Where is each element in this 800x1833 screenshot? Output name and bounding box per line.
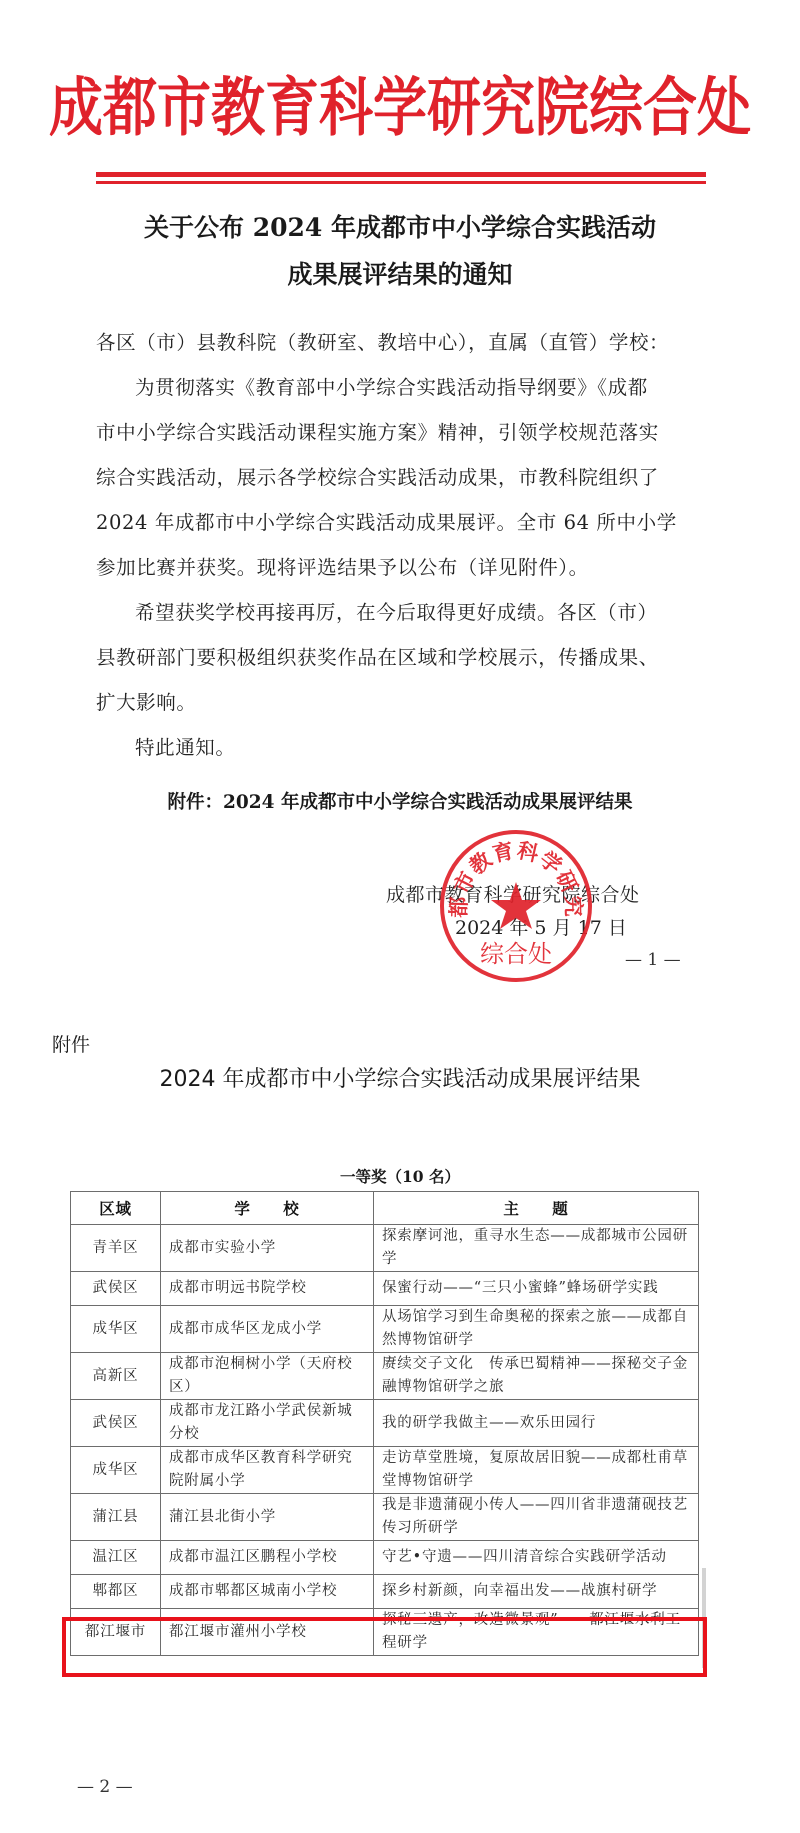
cell-region: 青羊区	[71, 1225, 161, 1272]
table-row: 蒲江县 蒲江县北街小学 我是非遗蒲砚小传人——四川省非遗蒲砚技艺传习所研学	[71, 1494, 699, 1541]
paragraph-2-line: 扩大影响。	[96, 680, 708, 725]
cell-region: 温江区	[71, 1541, 161, 1575]
cell-theme: 守艺•守遗——四川清音综合实践研学活动	[374, 1541, 699, 1575]
table-row: 武侯区 成都市明远书院学校 保蜜行动——“三只小蜜蜂”蜂场研学实践	[71, 1272, 699, 1306]
cell-theme: 从场馆学习到生命奥秘的探索之旅——成都自然博物馆研学	[374, 1306, 699, 1353]
official-seal-icon: 成都市教育科学研究院 综合处	[436, 826, 596, 986]
cell-region: 都江堰市	[71, 1609, 161, 1656]
cell-school: 蒲江县北街小学	[161, 1494, 374, 1541]
cell-school: 成都市明远书院学校	[161, 1272, 374, 1306]
paragraph-2-line: 希望获奖学校再接再厉，在今后取得更好成绩。各区（市）	[96, 590, 708, 635]
header-school: 学 校	[161, 1192, 374, 1225]
header-region: 区域	[71, 1192, 161, 1225]
cell-school: 成都市成华区教育科学研究院附属小学	[161, 1447, 374, 1494]
table-row: 武侯区 成都市龙江路小学武侯新城分校 我的研学我做主——欢乐田园行	[71, 1400, 699, 1447]
table-row: 青羊区 成都市实验小学 探索摩诃池，重寻水生态——成都城市公园研学	[71, 1225, 699, 1272]
cell-region: 高新区	[71, 1353, 161, 1400]
paragraph-2-line: 县教研部门要积极组织获奖作品在区域和学校展示，传播成果、	[96, 635, 708, 680]
table-header-row: 区域 学 校 主 题	[71, 1192, 699, 1225]
attachment-title: 2024 年成都市中小学综合实践活动成果展评结果	[0, 1062, 800, 1093]
cell-school: 成都市泡桐树小学（天府校区）	[161, 1353, 374, 1400]
paragraph-1-line: 市中小学综合实践活动课程实施方案》精神，引领学校规范落实	[96, 410, 708, 455]
paragraph-1-line: 为贯彻落实《教育部中小学综合实践活动指导纲要》《成都	[96, 365, 708, 410]
notice-title-line-1: 关于公布 2024 年成都市中小学综合实践活动	[0, 213, 800, 243]
table-row: 郫都区 成都市郫都区城南小学校 探乡村新颜，向幸福出发——战旗村研学	[71, 1575, 699, 1609]
letterhead-rule-thick	[96, 172, 706, 177]
cell-school: 都江堰市灌州小学校	[161, 1609, 374, 1656]
page-number-2: — 2 —	[77, 1777, 133, 1797]
letterhead-rule-thin	[96, 181, 706, 184]
table-row-highlighted: 都江堰市 都江堰市灌州小学校 探秘三遗产，改造微景观”——都江堰水利工程研学	[71, 1609, 699, 1656]
award-results-table: 区域 学 校 主 题 青羊区 成都市实验小学 探索摩诃池，重寻水生态——成都城市…	[70, 1191, 699, 1656]
paragraph-1-line: 2024 年成都市中小学综合实践活动成果展评。全市 64 所中小学	[96, 500, 708, 545]
cell-region: 成华区	[71, 1306, 161, 1353]
table-row: 温江区 成都市温江区鹏程小学校 守艺•守遗——四川清音综合实践研学活动	[71, 1541, 699, 1575]
salutation: 各区（市）县教科院（教研室、教培中心），直属（直管）学校：	[96, 320, 708, 365]
cell-region: 成华区	[71, 1447, 161, 1494]
cell-region: 郫都区	[71, 1575, 161, 1609]
cell-theme: 赓续交子文化 传承巴蜀精神——探秘交子金融博物馆研学之旅	[374, 1353, 699, 1400]
letterhead-title: 成都市教育科学研究院综合处	[0, 68, 800, 146]
notice-body: 各区（市）县教科院（教研室、教培中心），直属（直管）学校： 为贯彻落实《教育部中…	[96, 320, 708, 770]
cell-region: 武侯区	[71, 1400, 161, 1447]
scroll-shadow	[702, 1568, 706, 1668]
table-row: 成华区 成都市成华区教育科学研究院附属小学 走访草堂胜境，复原故居旧貌——成都杜…	[71, 1447, 699, 1494]
cell-school: 成都市郫都区城南小学校	[161, 1575, 374, 1609]
notice-title-line-2: 成果展评结果的通知	[0, 260, 800, 290]
attachment-label: 附件	[52, 1030, 90, 1057]
cell-theme: 探乡村新颜，向幸福出发——战旗村研学	[374, 1575, 699, 1609]
cell-theme: 我是非遗蒲砚小传人——四川省非遗蒲砚技艺传习所研学	[374, 1494, 699, 1541]
cell-theme: 保蜜行动——“三只小蜜蜂”蜂场研学实践	[374, 1272, 699, 1306]
paragraph-1-line: 综合实践活动，展示各学校综合实践活动成果，市教科院组织了	[96, 455, 708, 500]
cell-theme: 走访草堂胜境，复原故居旧貌——成都杜甫草堂博物馆研学	[374, 1447, 699, 1494]
cell-region: 蒲江县	[71, 1494, 161, 1541]
cell-region: 武侯区	[71, 1272, 161, 1306]
cell-school: 成都市温江区鹏程小学校	[161, 1541, 374, 1575]
paragraph-1-line: 参加比赛并获奖。现将评选结果予以公布（详见附件）。	[96, 545, 708, 590]
page-number-1: — 1 —	[625, 950, 681, 970]
cell-school: 成都市成华区龙成小学	[161, 1306, 374, 1353]
cell-theme: 我的研学我做主——欢乐田园行	[374, 1400, 699, 1447]
cell-school: 成都市龙江路小学武侯新城分校	[161, 1400, 374, 1447]
table-row: 高新区 成都市泡桐树小学（天府校区） 赓续交子文化 传承巴蜀精神——探秘交子金融…	[71, 1353, 699, 1400]
cell-theme: 探索摩诃池，重寻水生态——成都城市公园研学	[374, 1225, 699, 1272]
attachment-note: 附件：2024 年成都市中小学综合实践活动成果展评结果	[0, 790, 800, 816]
seal-bottom-text: 综合处	[480, 940, 552, 968]
header-theme: 主 题	[374, 1192, 699, 1225]
closing-line: 特此通知。	[96, 725, 708, 770]
table-row: 成华区 成都市成华区龙成小学 从场馆学习到生命奥秘的探索之旅——成都自然博物馆研…	[71, 1306, 699, 1353]
cell-theme: 探秘三遗产，改造微景观”——都江堰水利工程研学	[374, 1609, 699, 1656]
award-level-title: 一等奖（10 名）	[0, 1165, 800, 1187]
cell-school: 成都市实验小学	[161, 1225, 374, 1272]
